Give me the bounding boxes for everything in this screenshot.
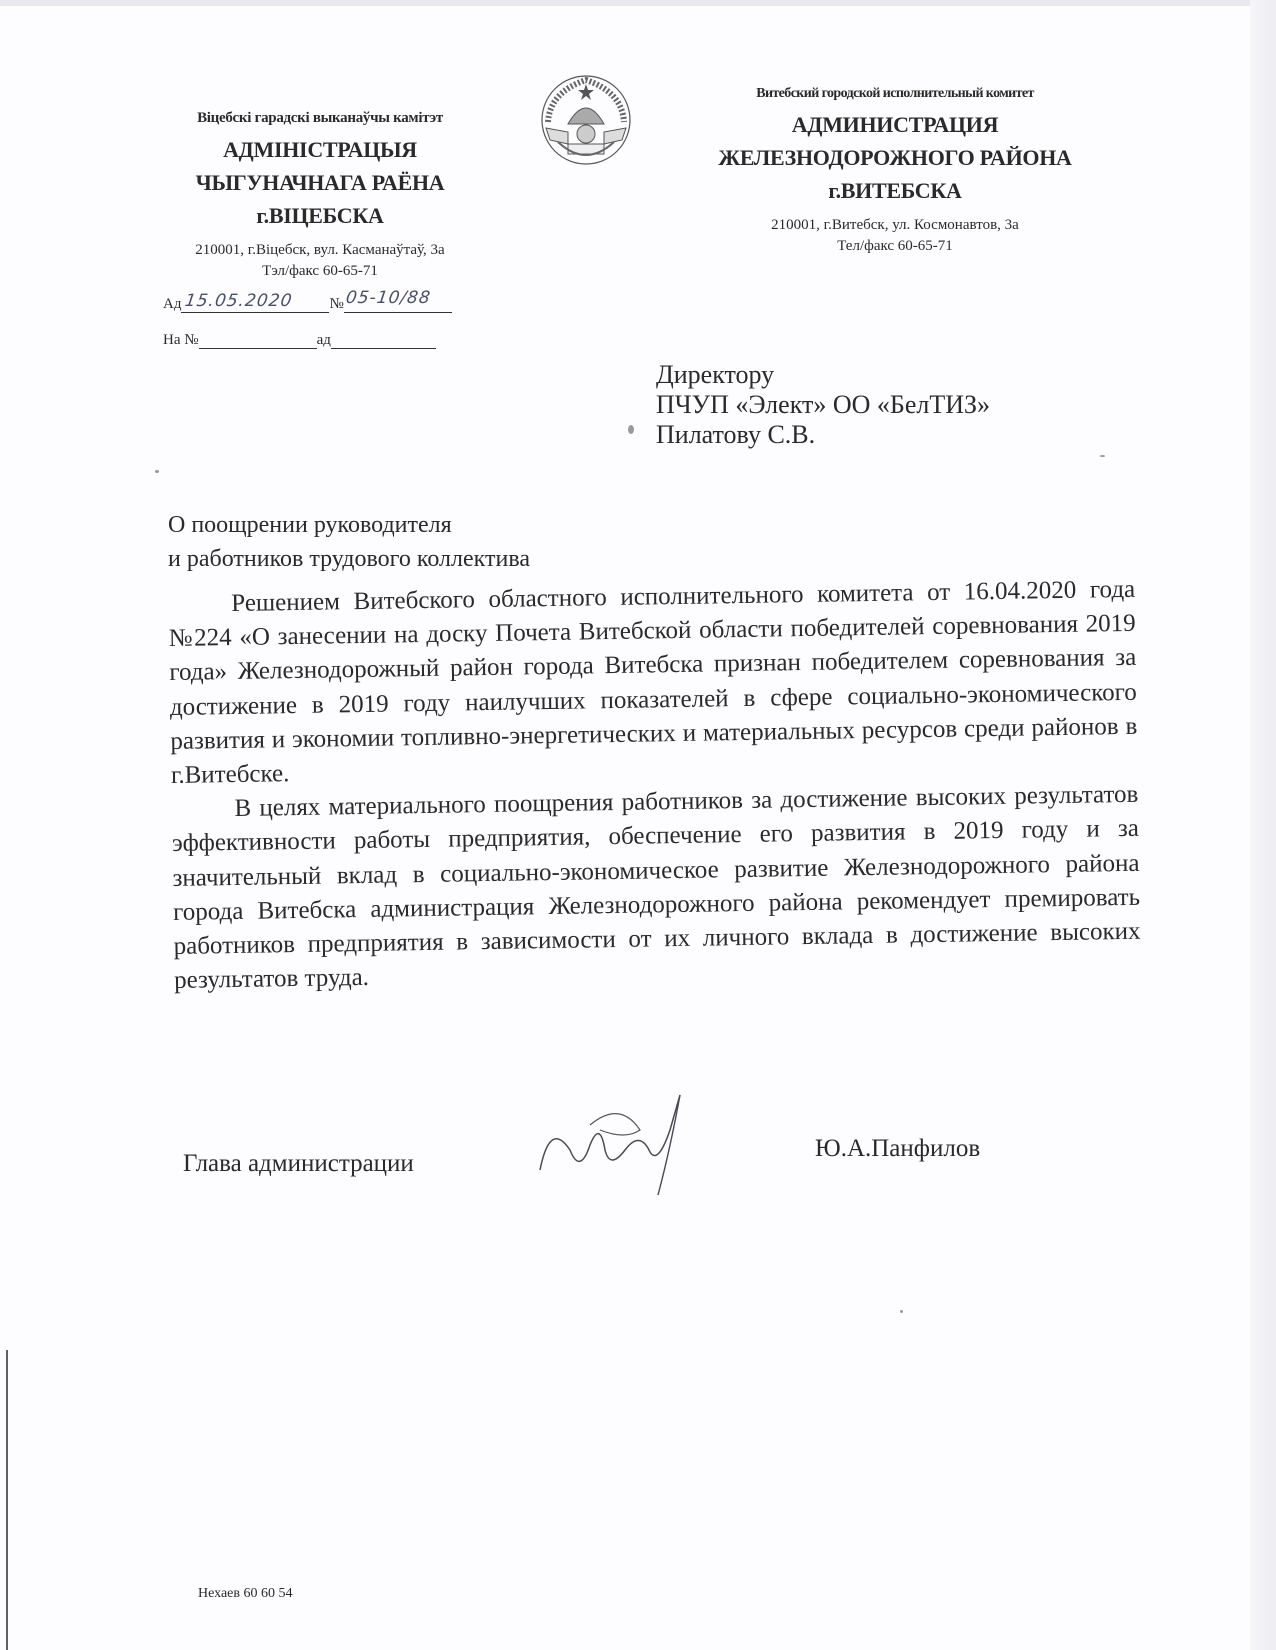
- scan-edge-line: [6, 1350, 8, 1650]
- address-by: 210001, г.Віцебск, вул. Касманаўтаў, 3а: [150, 240, 490, 261]
- scan-speck: [900, 1310, 903, 1313]
- executor-contact: Нехаев 60 60 54: [198, 1586, 293, 1602]
- letter-body: Решением Витебского областного исполните…: [168, 573, 1141, 999]
- org-title-line-3: г.ВИТЕБСКА: [680, 174, 1110, 207]
- scan-speck: [1100, 455, 1105, 457]
- phone-by: Тэл/факс 60-65-71: [150, 261, 490, 282]
- org-title-line-1: АДМИНИСТРАЦИЯ: [680, 108, 1110, 141]
- handwritten-signature-icon: [530, 1090, 710, 1200]
- letterhead-belarusian: Віцебскі гарадскі выканаўчы камітэт АДМІ…: [150, 110, 490, 282]
- scan-edge-top: [0, 0, 1276, 6]
- date-field: 15.05.2020: [181, 292, 329, 313]
- recipient-name: Пилатову С.В.: [656, 420, 990, 450]
- scan-speck: [628, 425, 634, 434]
- recipient-organization: ПЧУП «Элект» ОО «БелТИЗ»: [656, 390, 990, 420]
- committee-name-ru: Витебский городской исполнительный комит…: [680, 86, 1110, 102]
- letterhead-russian: Витебский городской исполнительный комит…: [680, 86, 1110, 257]
- reply-date-label: ад: [317, 332, 331, 348]
- scan-speck: [155, 470, 159, 473]
- scan-edge-right: [1250, 0, 1276, 1650]
- belarus-emblem-icon: [538, 72, 634, 168]
- committee-name-by: Віцебскі гарадскі выканаўчы камітэт: [150, 110, 490, 127]
- subject-line-1: О поощрении руководителя: [168, 508, 530, 542]
- org-title-line-3: г.ВІЦЕБСКА: [150, 199, 490, 232]
- number-label: №: [329, 296, 343, 312]
- recipient-block: Директору ПЧУП «Элект» ОО «БелТИЗ» Пилат…: [656, 360, 990, 450]
- reply-date-field: [331, 332, 436, 349]
- reply-number-label: На №: [163, 332, 199, 348]
- handwritten-date: 15.05.2020: [184, 291, 294, 311]
- handwritten-number: 05-10/88: [344, 288, 432, 308]
- phone-ru: Тел/факс 60-65-71: [680, 236, 1110, 257]
- number-field: 05-10/88: [344, 292, 452, 313]
- address-ru: 210001, г.Витебск, ул. Космонавтов, 3а: [680, 215, 1110, 236]
- org-title-line-2: ЖЕЛЕЗНОДОРОЖНОГО РАЙОНА: [680, 141, 1110, 174]
- reply-number-field: [199, 332, 317, 349]
- body-paragraph-1: Решением Витебского областного исполните…: [168, 573, 1138, 793]
- from-label: Ад: [163, 296, 181, 312]
- org-title-line-2: ЧЫГУНАЧНАГА РАЁНА: [150, 166, 490, 199]
- reply-registration: На №ад: [163, 332, 436, 349]
- org-title-line-1: АДМІНІСТРАЦЫЯ: [150, 133, 490, 166]
- recipient-position: Директору: [656, 360, 990, 390]
- subject-block: О поощрении руководителя и работников тр…: [168, 508, 530, 576]
- subject-line-2: и работников трудового коллектива: [168, 542, 530, 576]
- signatory-title: Глава администрации: [183, 1150, 414, 1178]
- outgoing-registration: Ад15.05.2020№05-10/88: [163, 292, 452, 313]
- body-paragraph-2: В целях материального поощрения работник…: [171, 778, 1141, 998]
- signatory-name: Ю.А.Панфилов: [815, 1135, 980, 1163]
